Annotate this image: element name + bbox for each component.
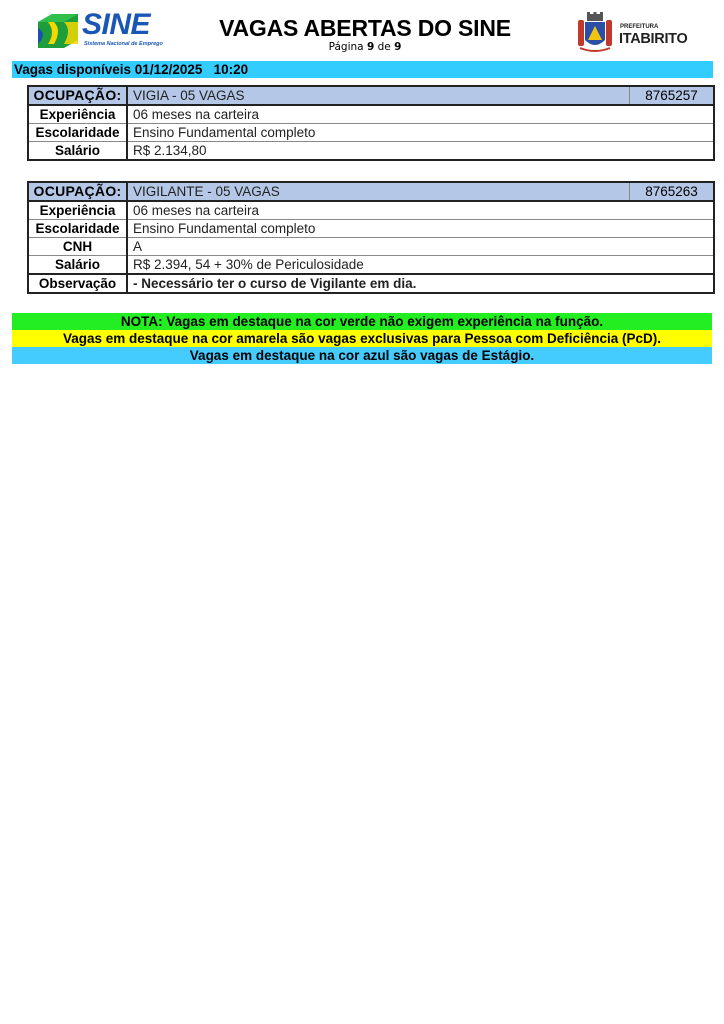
page-header: SINE Sistema Nacional de Emprego VAGAS A… [0, 0, 724, 60]
field-label: Salário [28, 142, 127, 161]
page-sep: de [378, 41, 391, 53]
page-prefix: Página [329, 41, 364, 53]
occupation-label: OCUPAÇÃO: [28, 182, 127, 201]
occupation-value: VIGILANTE - 05 VAGAS [127, 182, 630, 201]
observation-row: Observação - Necessário ter o curso de V… [28, 274, 714, 293]
table-row: Salário R$ 2.394, 54 + 30% de Periculosi… [28, 256, 714, 275]
field-value: 06 meses na carteira [127, 105, 714, 124]
table-row: Salário R$ 2.134,80 [28, 142, 714, 161]
page-total: 9 [394, 41, 401, 53]
field-label: Escolaridade [28, 124, 127, 142]
itabirito-logo: PREFEITURA ITABIRITO [576, 12, 696, 54]
availability-bar: Vagas disponíveis 01/12/2025 10:20 [12, 61, 713, 78]
field-label: CNH [28, 238, 127, 256]
observation-value: - Necessário ter o curso de Vigilante em… [127, 274, 714, 293]
sine-logo: SINE Sistema Nacional de Emprego [38, 12, 163, 52]
sine-wordmark: SINE [82, 8, 150, 42]
occupation-label: OCUPAÇÃO: [28, 86, 127, 105]
field-value: A [127, 238, 714, 256]
occupation-value: VIGIA - 05 VAGAS [127, 86, 630, 105]
sine-subtitle: Sistema Nacional de Emprego [84, 41, 163, 47]
page-number: Página 9 de 9 [190, 41, 540, 54]
itabirito-prefix: PREFEITURA [620, 24, 658, 30]
field-label: Experiência [28, 201, 127, 220]
table-row: Experiência 06 meses na carteira [28, 105, 714, 124]
itabirito-name: ITABIRITO [619, 31, 687, 47]
note-blue: Vagas em destaque na cor azul são vagas … [12, 347, 712, 364]
job-code: 8765257 [630, 86, 715, 105]
table-row: Experiência 06 meses na carteira [28, 201, 714, 220]
observation-label: Observação [28, 274, 127, 293]
coat-of-arms-icon [576, 12, 614, 54]
field-value: R$ 2.134,80 [127, 142, 714, 161]
field-value: 06 meses na carteira [127, 201, 714, 220]
field-label: Escolaridade [28, 220, 127, 238]
field-value: Ensino Fundamental completo [127, 124, 714, 142]
table-row: Escolaridade Ensino Fundamental completo [28, 220, 714, 238]
brazil-flag-icon [38, 14, 78, 48]
occupation-row: OCUPAÇÃO: VIGILANTE - 05 VAGAS 8765263 [28, 182, 714, 201]
note-yellow: Vagas em destaque na cor amarela são vag… [12, 330, 712, 347]
job-table-vigilante: OCUPAÇÃO: VIGILANTE - 05 VAGAS 8765263 E… [27, 181, 715, 294]
job-code: 8765263 [630, 182, 715, 201]
field-label: Experiência [28, 105, 127, 124]
field-value: R$ 2.394, 54 + 30% de Periculosidade [127, 256, 714, 275]
page-title: VAGAS ABERTAS DO SINE [190, 14, 540, 42]
field-label: Salário [28, 256, 127, 275]
page-current: 9 [367, 41, 374, 53]
occupation-row: OCUPAÇÃO: VIGIA - 05 VAGAS 8765257 [28, 86, 714, 105]
note-green: NOTA: Vagas em destaque na cor verde não… [12, 313, 712, 330]
table-row: Escolaridade Ensino Fundamental completo [28, 124, 714, 142]
field-value: Ensino Fundamental completo [127, 220, 714, 238]
table-row: CNH A [28, 238, 714, 256]
notes-legend: NOTA: Vagas em destaque na cor verde não… [12, 313, 712, 364]
title-block: VAGAS ABERTAS DO SINE Página 9 de 9 [190, 14, 540, 54]
job-table-vigia: OCUPAÇÃO: VIGIA - 05 VAGAS 8765257 Exper… [27, 85, 715, 161]
